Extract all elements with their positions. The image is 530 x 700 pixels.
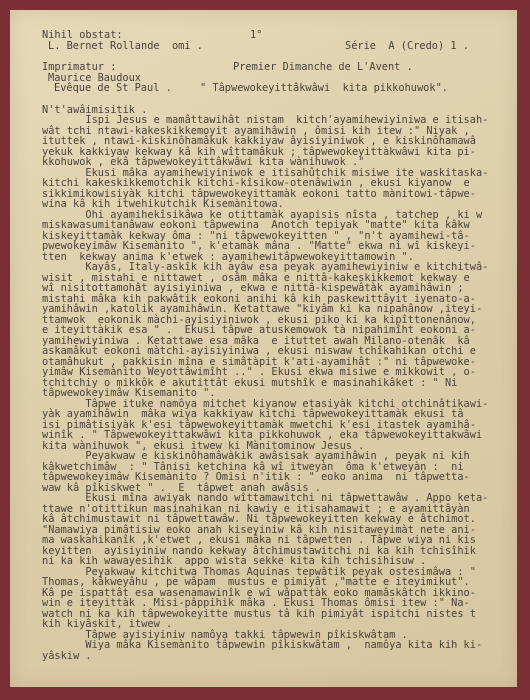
feast-title: Premier Dimanche de L'Avent .: [233, 62, 413, 73]
paragraph-1: Ispi Jesus e mamâttawihât nistam kitch'a…: [42, 115, 501, 168]
paragraph-2: Ekusi mâka ayamihewiyiniwok e itisahûtch…: [42, 168, 501, 210]
sermon-title-quote: " Tâpwewokeyittâkwâwi kita pikkohuwok".: [200, 83, 448, 94]
page-number: 1°: [250, 30, 262, 41]
photo-frame: Nihil obstat: 1° L. Bernet Rollande omi …: [0, 0, 530, 700]
paragraph-3: Ohi ayamihekîsikâwa ke otittamàk ayapisi…: [42, 210, 501, 263]
bishop-title: Evêque de St Paul .: [54, 83, 200, 94]
typewritten-page: Nihil obstat: 1° L. Bernet Rollande omi …: [10, 10, 517, 687]
censor-name: L. Bernet Rollande omi .: [48, 41, 345, 52]
header-row-censor: L. Bernet Rollande omi . Série A (Credo)…: [42, 41, 501, 52]
paragraph-6: Peyakwaw e kiskinôhamâwàkik awâsisak aya…: [42, 451, 501, 493]
paragraph-8: Peyakwaw kitchitwa Thomas Aquinas tepwât…: [42, 567, 501, 630]
paragraph-4: Kayâs, Italy-askîk kih ayâw esa peyak ay…: [42, 262, 501, 399]
series-label: Série A (Credo) 1 .: [345, 41, 469, 52]
header-row-bishop-title: Evêque de St Paul . " Tâpwewokeyittâkwâw…: [42, 83, 501, 94]
paragraph-7: Ekusi mîna awiyak nando wîttamawitchi ni…: [42, 493, 501, 567]
sermon-body: Ispi Jesus e mamâttawihât nistam kitch'a…: [42, 115, 501, 661]
imprimatur-label: Imprimatur :: [42, 62, 233, 73]
paragraph-5: Tâpwe ituke namôya mitchet kiyanow etasi…: [42, 399, 501, 452]
header-row-imprimatur: Imprimatur : Premier Dimanche de L'Avent…: [42, 62, 501, 73]
nihil-obstat-label: Nihil obstat:: [42, 30, 250, 41]
header-row-nihil-obstat: Nihil obstat: 1°: [42, 30, 501, 41]
paragraph-10: Wiya mâka Kisemànito tâpwewin pîkiskwâta…: [42, 640, 501, 661]
